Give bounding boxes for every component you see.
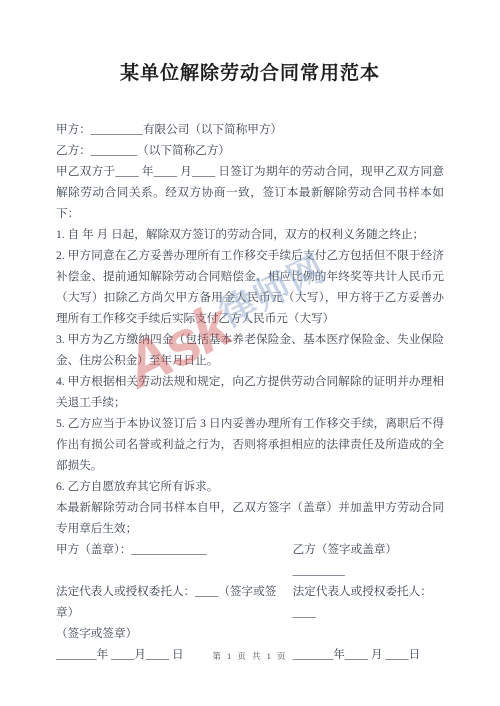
intro-paragraph: 甲乙双方于____ 年____ 月____ 日签订为期年的劳动合同，现甲乙双方同… [56,161,444,224]
party-a-rep-line: 法定代表人或授权委托人：____（签字或签章） [56,581,293,623]
document-title: 某单位解除劳动合同常用范本 [56,58,444,85]
clause-3: 3. 甲方为乙方缴纳四金（包括基本养老保险金、基本医疗保险金、失业保险金、住房公… [56,329,444,371]
document-body: 甲方：_________有限公司（以下简称甲方） 乙方：________（以下简… [56,119,444,539]
clause-1: 1. 自 年 月 日起，解除双方签订的劳动合同，双方的权利义务随之终止； [56,224,444,245]
clause-6: 6. 乙方自愿放弃其它所有诉求。 [56,476,444,497]
clause-4: 4. 甲方根据相关劳动法规和规定，向乙方提供劳动合同解除的证明并办理相关退工手续… [56,371,444,413]
signature-row-representative: 法定代表人或授权委托人：____（签字或签章） 法定代表人或授权委托人：____ [56,581,444,623]
clause-5: 5. 乙方应当于本协议签订后 3 日内妥善办理所有工作移交手续，离职后不得作出有… [56,413,444,476]
page-number-indicator: 第 1 页 共 1 页 [0,650,500,662]
party-a-sign-note: （签字或签章） [56,623,293,644]
party-a-line: 甲方：_________有限公司（以下简称甲方） [56,119,444,140]
signature-row-sign-note: （签字或签章） [56,623,444,644]
signature-block: 甲方（盖章）：_____________ 乙方（签字或盖章）_________ … [56,539,444,665]
clause-2: 2. 甲方同意在乙方妥善办理所有工作移交手续后支付乙方包括但不限于经济补偿金、提… [56,245,444,329]
closing-paragraph: 本最新解除劳动合同书样本自甲，乙双方签字（盖章）并加盖甲方劳动合同专用章后生效； [56,497,444,539]
party-b-sign-line: 乙方（签字或盖章）_________ [293,539,444,581]
party-a-seal-line: 甲方（盖章）：_____________ [56,539,293,581]
contract-document-page: Ask律师网 某单位解除劳动合同常用范本 甲方：_________有限公司（以下… [0,0,500,706]
signature-row-party: 甲方（盖章）：_____________ 乙方（签字或盖章）_________ [56,539,444,581]
party-b-line: 乙方：________（以下简称乙方） [56,140,444,161]
party-b-rep-line: 法定代表人或授权委托人：____ [293,581,444,623]
party-b-sign-note [293,623,444,644]
